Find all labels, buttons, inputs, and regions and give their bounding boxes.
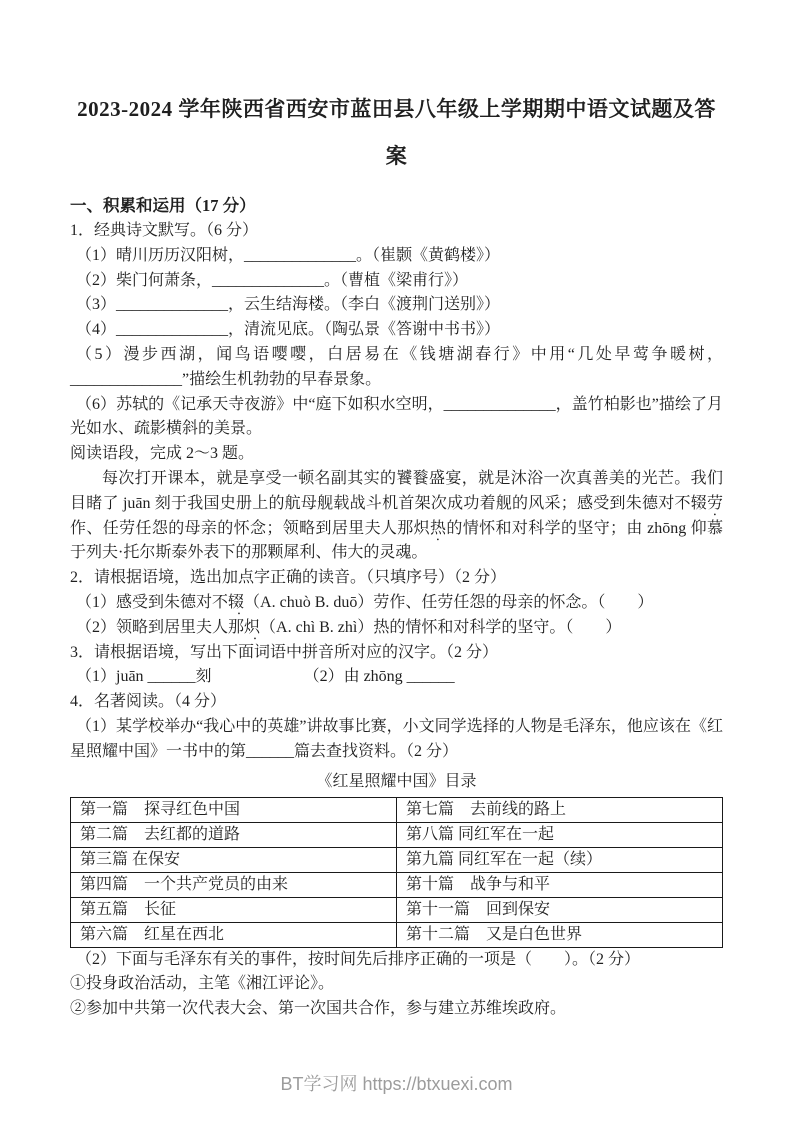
passage-part-1: 每次打开课本，就是享受一顿名副其实的饕餮盛宴，就是沐浴一次真善美的光芒。我们目睹… — [70, 470, 723, 512]
page-title: 2023-2024 学年陕西省西安市蓝田县八年级上学期期中语文试题及答 案 — [70, 86, 723, 180]
question-2-item-2: （2）领略到居里夫人那炽（A. chì B. zhì）热的情怀和对科学的坚守。（… — [70, 616, 723, 641]
toc-cell: 第十二篇 又是白色世界 — [397, 922, 723, 947]
question-4-stem: 4．名著阅读。（4 分） — [70, 690, 723, 715]
section-heading: 一、积累和运用（17 分） — [70, 193, 723, 219]
q2-item-1-dotted-char: 辍 — [228, 594, 244, 611]
table-row: 第五篇 长征 第十一篇 回到保安 — [71, 897, 723, 922]
question-4-item-1: （1）某学校举办“我心中的英雄”讲故事比赛，小文同学选择的人物是毛泽东，他应该在… — [70, 715, 723, 765]
question-4-item-2: （2）下面与毛泽东有关的事件，按时间先后排序正确的一项是（ ）。（2 分） — [70, 948, 723, 973]
toc-cell: 第十篇 战争与和平 — [397, 872, 723, 897]
toc-cell: 第十一篇 回到保安 — [397, 897, 723, 922]
footer-watermark: BT学习网 https://btxuexi.com — [0, 1070, 793, 1096]
q2-item-1-post: （A. chuò B. duō）劳作、任劳任怨的母亲的怀念。（ ） — [244, 594, 653, 611]
toc-cell: 第四篇 一个共产党员的由来 — [71, 872, 397, 897]
question-1-item-5: （5）漫步西湖，闻鸟语嘤嘤，白居易在《钱塘湖春行》中用“几处早莺争暖树，____… — [70, 343, 723, 393]
question-1-item-3: （3）______________，云生结海楼。（李白《渡荆门送别》） — [70, 293, 723, 318]
question-1-stem: 1．经典诗文默写。（6 分） — [70, 219, 723, 244]
toc-cell: 第八篇 同红军在一起 — [397, 822, 723, 847]
toc-cell: 第六篇 红星在西北 — [71, 922, 397, 947]
toc-cell: 第一篇 探寻红色中国 — [71, 797, 397, 822]
title-line-1: 2023-2024 学年陕西省西安市蓝田县八年级上学期期中语文试题及答 — [77, 97, 716, 121]
table-row: 第二篇 去红都的道路 第八篇 同红军在一起 — [71, 822, 723, 847]
question-1-item-6: （6）苏轼的《记承天寺夜游》中“庭下如积水空明，______________，盖… — [70, 393, 723, 443]
exam-page: 2023-2024 学年陕西省西安市蓝田县八年级上学期期中语文试题及答 案 一、… — [0, 86, 793, 1022]
question-2-item-1: （1）感受到朱德对不辍（A. chuò B. duō）劳作、任劳任怨的母亲的怀念… — [70, 591, 723, 616]
q2-item-2-dotted-char: 炽 — [244, 619, 260, 636]
toc-cell: 第九篇 同红军在一起（续） — [397, 847, 723, 872]
question-4-item-2-option-2: ②参加中共第一次代表大会、第一次国共合作，参与建立苏维埃政府。 — [70, 997, 723, 1022]
toc-cell: 第七篇 去前线的路上 — [397, 797, 723, 822]
toc-cell: 第五篇 长征 — [71, 897, 397, 922]
passage-dotted-char-chuo: 辍 — [691, 495, 707, 512]
footer-link[interactable]: BT学习网 https://btxuexi.com — [280, 1074, 512, 1094]
question-3-stem: 3．请根据语境，写出下面词语中拼音所对应的汉字。（2 分） — [70, 641, 723, 666]
q2-item-2-pre: （2）领略到居里夫人那 — [76, 619, 244, 636]
q2-item-2-post: （A. chì B. zhì）热的情怀和对科学的坚守。（ ） — [260, 619, 621, 636]
toc-caption: 《红星照耀中国》目录 — [70, 769, 723, 794]
toc-cell: 第三篇 在保安 — [71, 847, 397, 872]
table-row: 第一篇 探寻红色中国 第七篇 去前线的路上 — [71, 797, 723, 822]
reading-passage: 每次打开课本，就是享受一顿名副其实的饕餮盛宴，就是沐浴一次真善美的光芒。我们目睹… — [70, 467, 723, 566]
question-4-item-2-option-1: ①投身政治活动，主笔《湘江评论》。 — [70, 972, 723, 997]
table-row: 第三篇 在保安 第九篇 同红军在一起（续） — [71, 847, 723, 872]
question-2-stem: 2．请根据语境，选出加点字正确的读音。（只填序号）（2 分） — [70, 566, 723, 591]
question-3-item-1: （1）juān ______刻 — [76, 668, 212, 685]
title-line-2: 案 — [386, 144, 408, 168]
question-1-item-1: （1）晴川历历汉阳树，______________。（崔颢《黄鹤楼》） — [70, 244, 723, 269]
passage-dotted-char-chi: 炽 — [414, 520, 430, 537]
toc-table: 第一篇 探寻红色中国 第七篇 去前线的路上 第二篇 去红都的道路 第八篇 同红军… — [70, 797, 723, 948]
question-1-item-2: （2）柴门何萧条，______________。（曹植《梁甫行》） — [70, 269, 723, 294]
question-3-item-2: （2）由 zhōng ______ — [304, 668, 455, 685]
table-row: 第四篇 一个共产党员的由来 第十篇 战争与和平 — [71, 872, 723, 897]
toc-cell: 第二篇 去红都的道路 — [71, 822, 397, 847]
reading-intro: 阅读语段，完成 2～3 题。 — [70, 442, 723, 467]
table-row: 第六篇 红星在西北 第十二篇 又是白色世界 — [71, 922, 723, 947]
question-1-item-4: （4）______________，清流见底。（陶弘景《答谢中书书》） — [70, 318, 723, 343]
q2-item-1-pre: （1）感受到朱德对不 — [76, 594, 228, 611]
question-3-items: （1）juān ______刻（2）由 zhōng ______ — [70, 665, 723, 690]
